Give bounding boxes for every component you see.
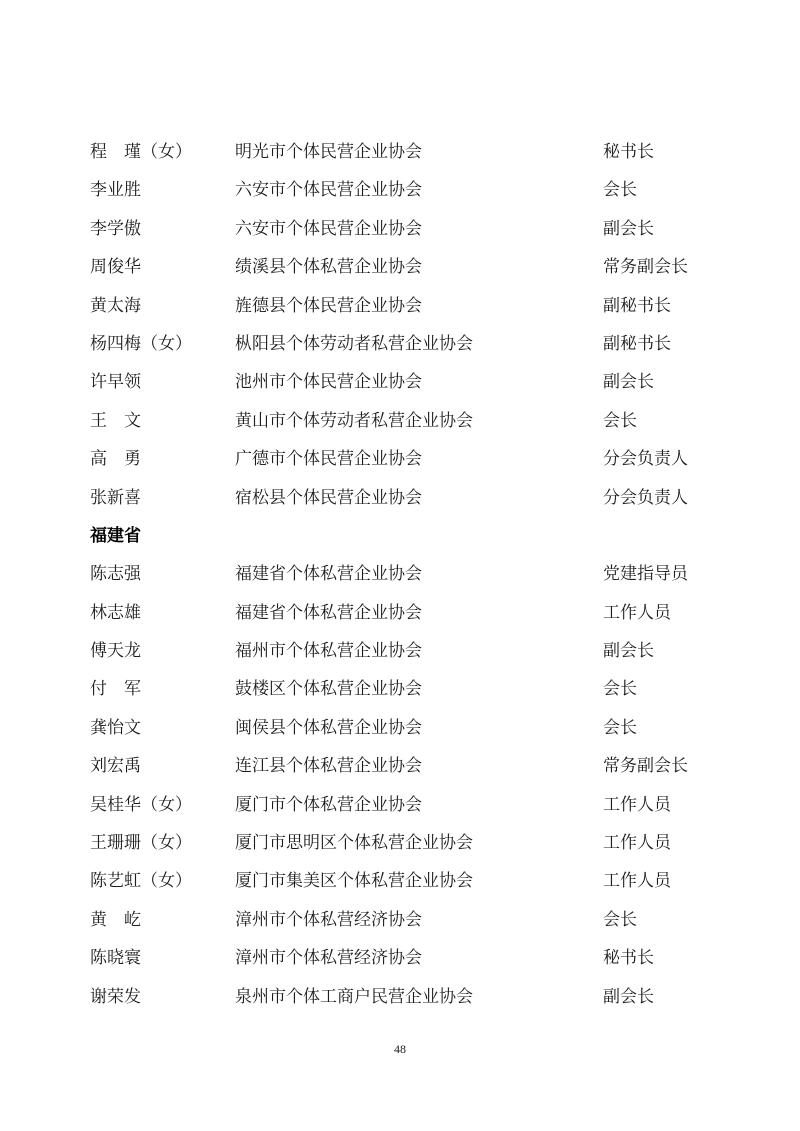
- organization-name: 广德市个体民营企业协会: [235, 440, 603, 478]
- table-row: 王珊珊（女）厦门市思明区个体私营企业协会工作人员: [90, 824, 790, 862]
- organization-name: 福建省个体私营企业协会: [235, 555, 603, 593]
- table-row: 傅天龙福州市个体私营企业协会副会长: [90, 632, 790, 670]
- organization-name: 池州市个体民营企业协会: [235, 363, 603, 401]
- position-title: 会长: [603, 171, 790, 209]
- position-title: 常务副会长: [603, 747, 790, 785]
- table-row: 刘宏禹连江县个体私营企业协会常务副会长: [90, 747, 790, 785]
- position-title: 会长: [603, 901, 790, 939]
- position-title: 会长: [603, 670, 790, 708]
- organization-name: 厦门市思明区个体私营企业协会: [235, 824, 603, 862]
- section-header: 福建省: [90, 517, 790, 555]
- position-title: 副会长: [603, 363, 790, 401]
- position-title: 分会负责人: [603, 479, 790, 517]
- table-row: 李业胜六安市个体民营企业协会会长: [90, 171, 790, 209]
- table-row: 张新喜宿松县个体民营企业协会分会负责人: [90, 479, 790, 517]
- person-name: 周俊华: [90, 248, 235, 286]
- person-name: 林志雄: [90, 594, 235, 632]
- page-number: 48: [0, 1042, 800, 1057]
- table-row: 黄太海旌德县个体民营企业协会副秘书长: [90, 287, 790, 325]
- person-name: 傅天龙: [90, 632, 235, 670]
- table-row: 陈志强福建省个体私营企业协会党建指导员: [90, 555, 790, 593]
- position-title: 秘书长: [603, 939, 790, 977]
- person-name: 李业胜: [90, 171, 235, 209]
- position-title: 工作人员: [603, 786, 790, 824]
- person-name: 杨四梅（女）: [90, 325, 235, 363]
- organization-name: 漳州市个体私营经济协会: [235, 901, 603, 939]
- person-name: 黄 屹: [90, 901, 235, 939]
- person-name: 谢荣发: [90, 978, 235, 1016]
- organization-name: 宿松县个体民营企业协会: [235, 479, 603, 517]
- person-name: 陈晓寰: [90, 939, 235, 977]
- position-title: 工作人员: [603, 862, 790, 900]
- table-row: 谢荣发泉州市个体工商户民营企业协会副会长: [90, 978, 790, 1016]
- person-name: 程 瑾（女）: [90, 133, 235, 171]
- organization-name: 泉州市个体工商户民营企业协会: [235, 978, 603, 1016]
- organization-name: 明光市个体民营企业协会: [235, 133, 603, 171]
- position-title: 副会长: [603, 632, 790, 670]
- position-title: 工作人员: [603, 824, 790, 862]
- person-name: 付 军: [90, 670, 235, 708]
- organization-name: 连江县个体私营企业协会: [235, 747, 603, 785]
- table-row: 龚怡文闽侯县个体私营企业协会会长: [90, 709, 790, 747]
- organization-name: 福建省个体私营企业协会: [235, 594, 603, 632]
- person-name: 王珊珊（女）: [90, 824, 235, 862]
- person-name: 吴桂华（女）: [90, 786, 235, 824]
- position-title: 党建指导员: [603, 555, 790, 593]
- table-row: 许早领池州市个体民营企业协会副会长: [90, 363, 790, 401]
- person-name: 李学傲: [90, 210, 235, 248]
- person-name: 刘宏禹: [90, 747, 235, 785]
- table-row: 黄 屹漳州市个体私营经济协会会长: [90, 901, 790, 939]
- organization-name: 六安市个体民营企业协会: [235, 210, 603, 248]
- position-title: 会长: [603, 709, 790, 747]
- roster-list: 程 瑾（女）明光市个体民营企业协会秘书长李业胜六安市个体民营企业协会会长李学傲六…: [90, 133, 790, 1016]
- table-row: 高 勇广德市个体民营企业协会分会负责人: [90, 440, 790, 478]
- table-row: 周俊华绩溪县个体私营企业协会常务副会长: [90, 248, 790, 286]
- table-row: 杨四梅（女）枞阳县个体劳动者私营企业协会副秘书长: [90, 325, 790, 363]
- person-name: 黄太海: [90, 287, 235, 325]
- table-row: 李学傲六安市个体民营企业协会副会长: [90, 210, 790, 248]
- organization-name: 绩溪县个体私营企业协会: [235, 248, 603, 286]
- position-title: 工作人员: [603, 594, 790, 632]
- position-title: 秘书长: [603, 133, 790, 171]
- organization-name: 福州市个体私营企业协会: [235, 632, 603, 670]
- person-name: 王 文: [90, 402, 235, 440]
- table-row: 王 文黄山市个体劳动者私营企业协会会长: [90, 402, 790, 440]
- position-title: 副会长: [603, 978, 790, 1016]
- organization-name: 旌德县个体民营企业协会: [235, 287, 603, 325]
- organization-name: 六安市个体民营企业协会: [235, 171, 603, 209]
- organization-name: 枞阳县个体劳动者私营企业协会: [235, 325, 603, 363]
- person-name: 龚怡文: [90, 709, 235, 747]
- table-row: 吴桂华（女）厦门市个体私营企业协会工作人员: [90, 786, 790, 824]
- organization-name: 闽侯县个体私营企业协会: [235, 709, 603, 747]
- organization-name: 漳州市个体私营经济协会: [235, 939, 603, 977]
- organization-name: 厦门市个体私营企业协会: [235, 786, 603, 824]
- organization-name: 黄山市个体劳动者私营企业协会: [235, 402, 603, 440]
- table-row: 林志雄福建省个体私营企业协会工作人员: [90, 594, 790, 632]
- table-row: 陈艺虹（女）厦门市集美区个体私营企业协会工作人员: [90, 862, 790, 900]
- person-name: 许早领: [90, 363, 235, 401]
- person-name: 陈志强: [90, 555, 235, 593]
- table-row: 付 军鼓楼区个体私营企业协会会长: [90, 670, 790, 708]
- organization-name: 鼓楼区个体私营企业协会: [235, 670, 603, 708]
- document-page: 程 瑾（女）明光市个体民营企业协会秘书长李业胜六安市个体民营企业协会会长李学傲六…: [0, 0, 800, 1131]
- position-title: 会长: [603, 402, 790, 440]
- position-title: 常务副会长: [603, 248, 790, 286]
- organization-name: 厦门市集美区个体私营企业协会: [235, 862, 603, 900]
- table-row: 陈晓寰漳州市个体私营经济协会秘书长: [90, 939, 790, 977]
- table-row: 程 瑾（女）明光市个体民营企业协会秘书长: [90, 133, 790, 171]
- position-title: 副会长: [603, 210, 790, 248]
- person-name: 高 勇: [90, 440, 235, 478]
- person-name: 张新喜: [90, 479, 235, 517]
- person-name: 陈艺虹（女）: [90, 862, 235, 900]
- position-title: 副秘书长: [603, 325, 790, 363]
- position-title: 副秘书长: [603, 287, 790, 325]
- position-title: 分会负责人: [603, 440, 790, 478]
